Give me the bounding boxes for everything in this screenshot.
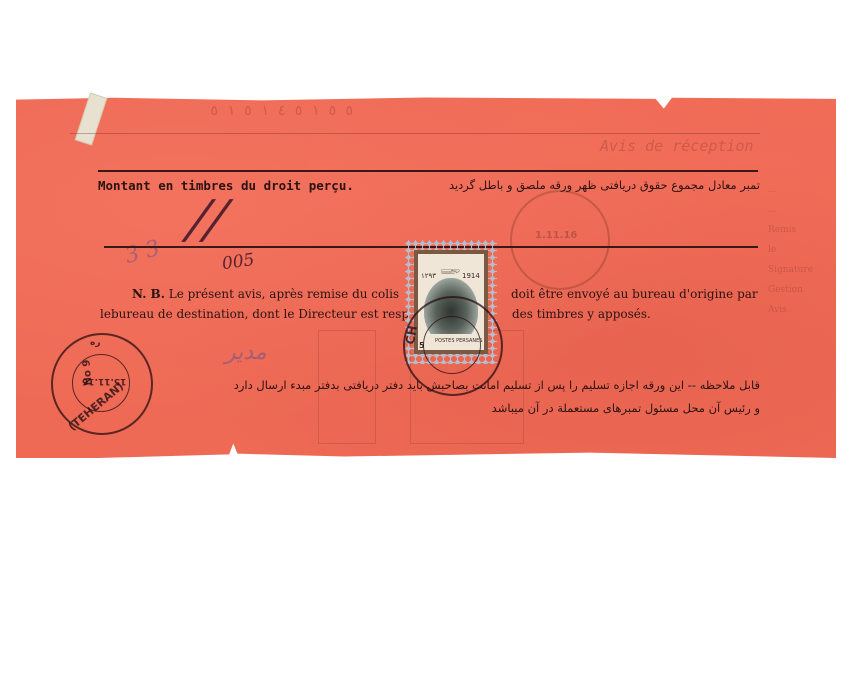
nb-label: N. B. [132,287,165,301]
faint-header-marks: ٥ ٥ ١ ٥ ٤ ١ ٥ ١ ٥ [210,103,353,119]
notice-line1-right: doit être envoyé au bureau d'origine par [511,287,758,301]
margin-word: ... [768,200,813,220]
notice-line1-left-text: Le présent avis, après remise du colis [169,287,399,301]
amount-label-fa: تمبر معادل مجموع حقوق دریافتی ظهر ورقه م… [390,178,760,192]
margin-word: ... [768,180,813,200]
postmark-over-stamp-inner [423,316,481,374]
margin-word: Remis [768,220,813,240]
faint-header-subtitle: Avis de réception [600,137,754,155]
margin-word: Avis [768,300,813,320]
faravahar-icon: 𓆃 [441,258,460,278]
persian-notice-line2: و رئیس آن محل مسئول تمبرهای مستعملة در آ… [420,401,760,415]
margin-word: Gestion [768,280,813,300]
faint-margin-text: ... ... Remis le Signature Gestion Avis [768,180,813,320]
pencil-note-lower: مدیر [225,340,267,365]
postmark-date: 15.11.16 [82,376,126,386]
upper-rule [98,170,758,172]
notice-line2-left: lebureau de destination, dont le Directe… [100,307,409,321]
margin-word: Signature [768,260,813,280]
notice-line2-right: des timbres y apposés. [512,307,651,321]
faint-postmark-date: 1.11.16 [535,230,577,241]
notice-line1-left: N. B. Le présent avis, après remise du c… [132,287,399,301]
margin-word: le [768,240,813,260]
postmark-top-text: ره [90,338,101,348]
faint-header-rule [70,133,760,134]
